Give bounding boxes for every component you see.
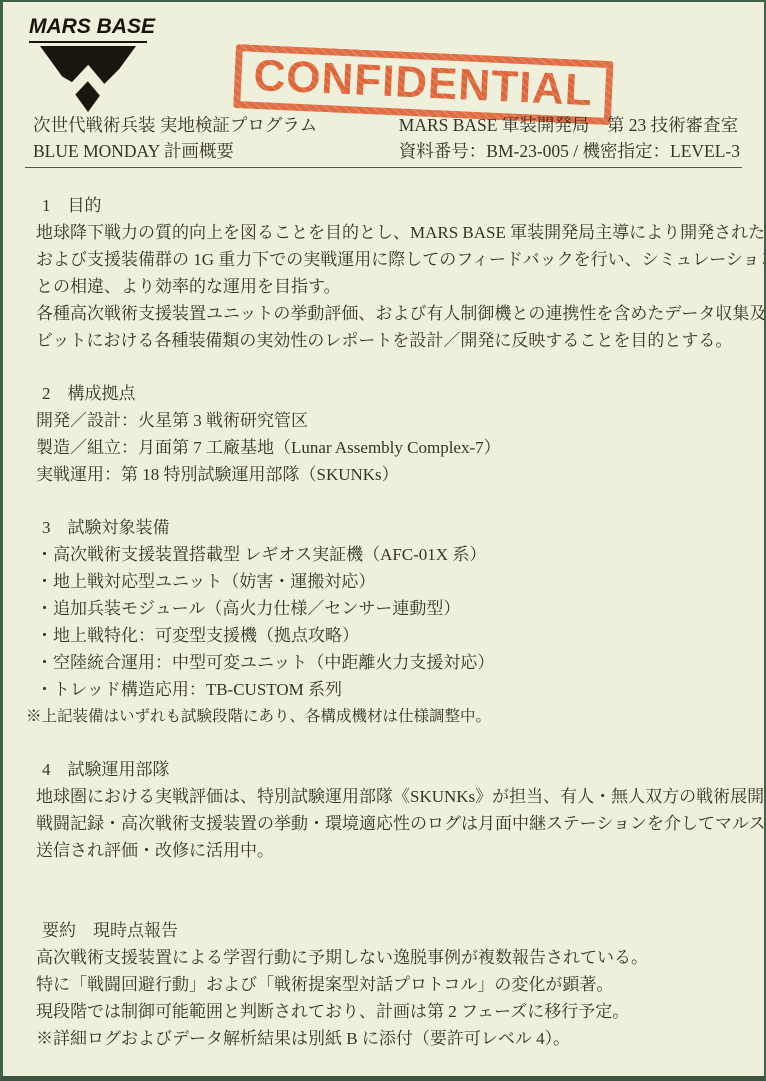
bullet-line: ・高次戦術支援装置搭載型 レギオス実証機（AFC-01X 系） bbox=[36, 541, 736, 568]
mars-base-logo-text: MARS BASE bbox=[29, 15, 147, 43]
body-line: 送信され評価・改修に活用中。 bbox=[36, 837, 736, 864]
body-line: および支援装備群の 1G 重力下での実戦運用に際してのフィードバックを行い、シミ… bbox=[36, 246, 736, 273]
document-body: 1 目的 地球降下戦力の質的向上を図ることを目的とし、MARS BASE 軍装開… bbox=[36, 170, 736, 1052]
section-locations: 2 構成拠点 開発／設計：火星第 3 戦術研究管区 製造／組立：月面第 7 工廠… bbox=[36, 380, 736, 488]
section-equipment: 3 試験対象装備 ・高次戦術支援装置搭載型 レギオス実証機（AFC-01X 系）… bbox=[36, 514, 736, 730]
body-line: ※詳細ログおよびデータ解析結果は別紙 B に添付（要許可レベル 4）。 bbox=[36, 1025, 736, 1052]
bullet-line: ・トレッド構造応用：TB-CUSTOM 系列 bbox=[36, 676, 736, 703]
body-line: ビットにおける各種装備類の実効性のレポートを設計／開発に反映することを目的とする… bbox=[36, 327, 736, 354]
doc-number-line: 資料番号：BM-23-005 / 機密指定：LEVEL-3 bbox=[399, 138, 740, 164]
header-divider bbox=[25, 167, 742, 168]
bullet-line: ・地上戦特化：可変型支援機（拠点攻略） bbox=[36, 622, 736, 649]
section-heading: 4 試験運用部隊 bbox=[36, 756, 736, 783]
body-line: 各種高次戦術支援装置ユニットの挙動評価、および有人制御機との連携性を含めたデータ… bbox=[36, 300, 736, 327]
document-page: MARS BASE CONFIDENTIAL 次世代戦術兵装 実地検証プログラム… bbox=[0, 0, 766, 1081]
section-purpose: 1 目的 地球降下戦力の質的向上を図ることを目的とし、MARS BASE 軍装開… bbox=[36, 192, 736, 354]
bullet-line: ・空陸統合運用：中型可変ユニット（中距離火力支援対応） bbox=[36, 649, 736, 676]
mars-base-triangle-icon bbox=[39, 46, 137, 112]
mars-base-logo: MARS BASE bbox=[29, 15, 147, 112]
body-line: 特に「戦闘回避行動」および「戦術提案型対話プロトコル」の変化が顕著。 bbox=[36, 971, 736, 998]
doc-meta: MARS BASE 軍装開発局 第 23 技術審査室 資料番号：BM-23-00… bbox=[399, 112, 740, 164]
doc-titles: 次世代戦術兵装 実地検証プログラム BLUE MONDAY 計画概要 bbox=[33, 112, 317, 164]
document-header: 次世代戦術兵装 実地検証プログラム BLUE MONDAY 計画概要 MARS … bbox=[33, 112, 740, 164]
body-line: 実戦運用：第 18 特別試験運用部隊（SKUNKs） bbox=[36, 461, 736, 488]
footnote-line: ※上記装備はいずれも試験段階にあり、各構成機材は仕様調整中。 bbox=[26, 703, 736, 730]
body-line: 地球降下戦力の質的向上を図ることを目的とし、MARS BASE 軍装開発局主導に… bbox=[36, 219, 736, 246]
body-line: 製造／組立：月面第 7 工廠基地（Lunar Assembly Complex-… bbox=[36, 434, 736, 461]
body-line: との相違、より効率的な運用を目指す。 bbox=[36, 273, 736, 300]
doc-title-line1: 次世代戦術兵装 実地検証プログラム bbox=[33, 112, 317, 138]
section-summary: 要約 現時点報告 高次戦術支援装置による学習行動に予期しない逸脱事例が複数報告さ… bbox=[36, 917, 736, 1052]
section-heading: 1 目的 bbox=[36, 192, 736, 219]
body-line: 高次戦術支援装置による学習行動に予期しない逸脱事例が複数報告されている。 bbox=[36, 944, 736, 971]
section-heading: 2 構成拠点 bbox=[36, 380, 736, 407]
body-line: 戦闘記録・高次戦術支援装置の挙動・環境適応性のログは月面中継ステーションを介して… bbox=[36, 810, 736, 837]
body-line: 地球圏における実戦評価は、特別試験運用部隊《SKUNKs》が担当、有人・無人双方… bbox=[36, 783, 736, 810]
doc-org-line: MARS BASE 軍装開発局 第 23 技術審査室 bbox=[399, 112, 740, 138]
body-line: 現段階では制御可能範囲と判断されており、計画は第 2 フェーズに移行予定。 bbox=[36, 998, 736, 1025]
section-heading: 3 試験対象装備 bbox=[36, 514, 736, 541]
section-heading: 要約 現時点報告 bbox=[36, 917, 736, 944]
doc-title-line2: BLUE MONDAY 計画概要 bbox=[33, 138, 317, 164]
body-line: 開発／設計：火星第 3 戦術研究管区 bbox=[36, 407, 736, 434]
bullet-line: ・追加兵装モジュール（高火力仕様／センサー連動型） bbox=[36, 595, 736, 622]
bullet-line: ・地上戦対応型ユニット（妨害・運搬対応） bbox=[36, 568, 736, 595]
section-operations: 4 試験運用部隊 地球圏における実戦評価は、特別試験運用部隊《SKUNKs》が担… bbox=[36, 756, 736, 864]
